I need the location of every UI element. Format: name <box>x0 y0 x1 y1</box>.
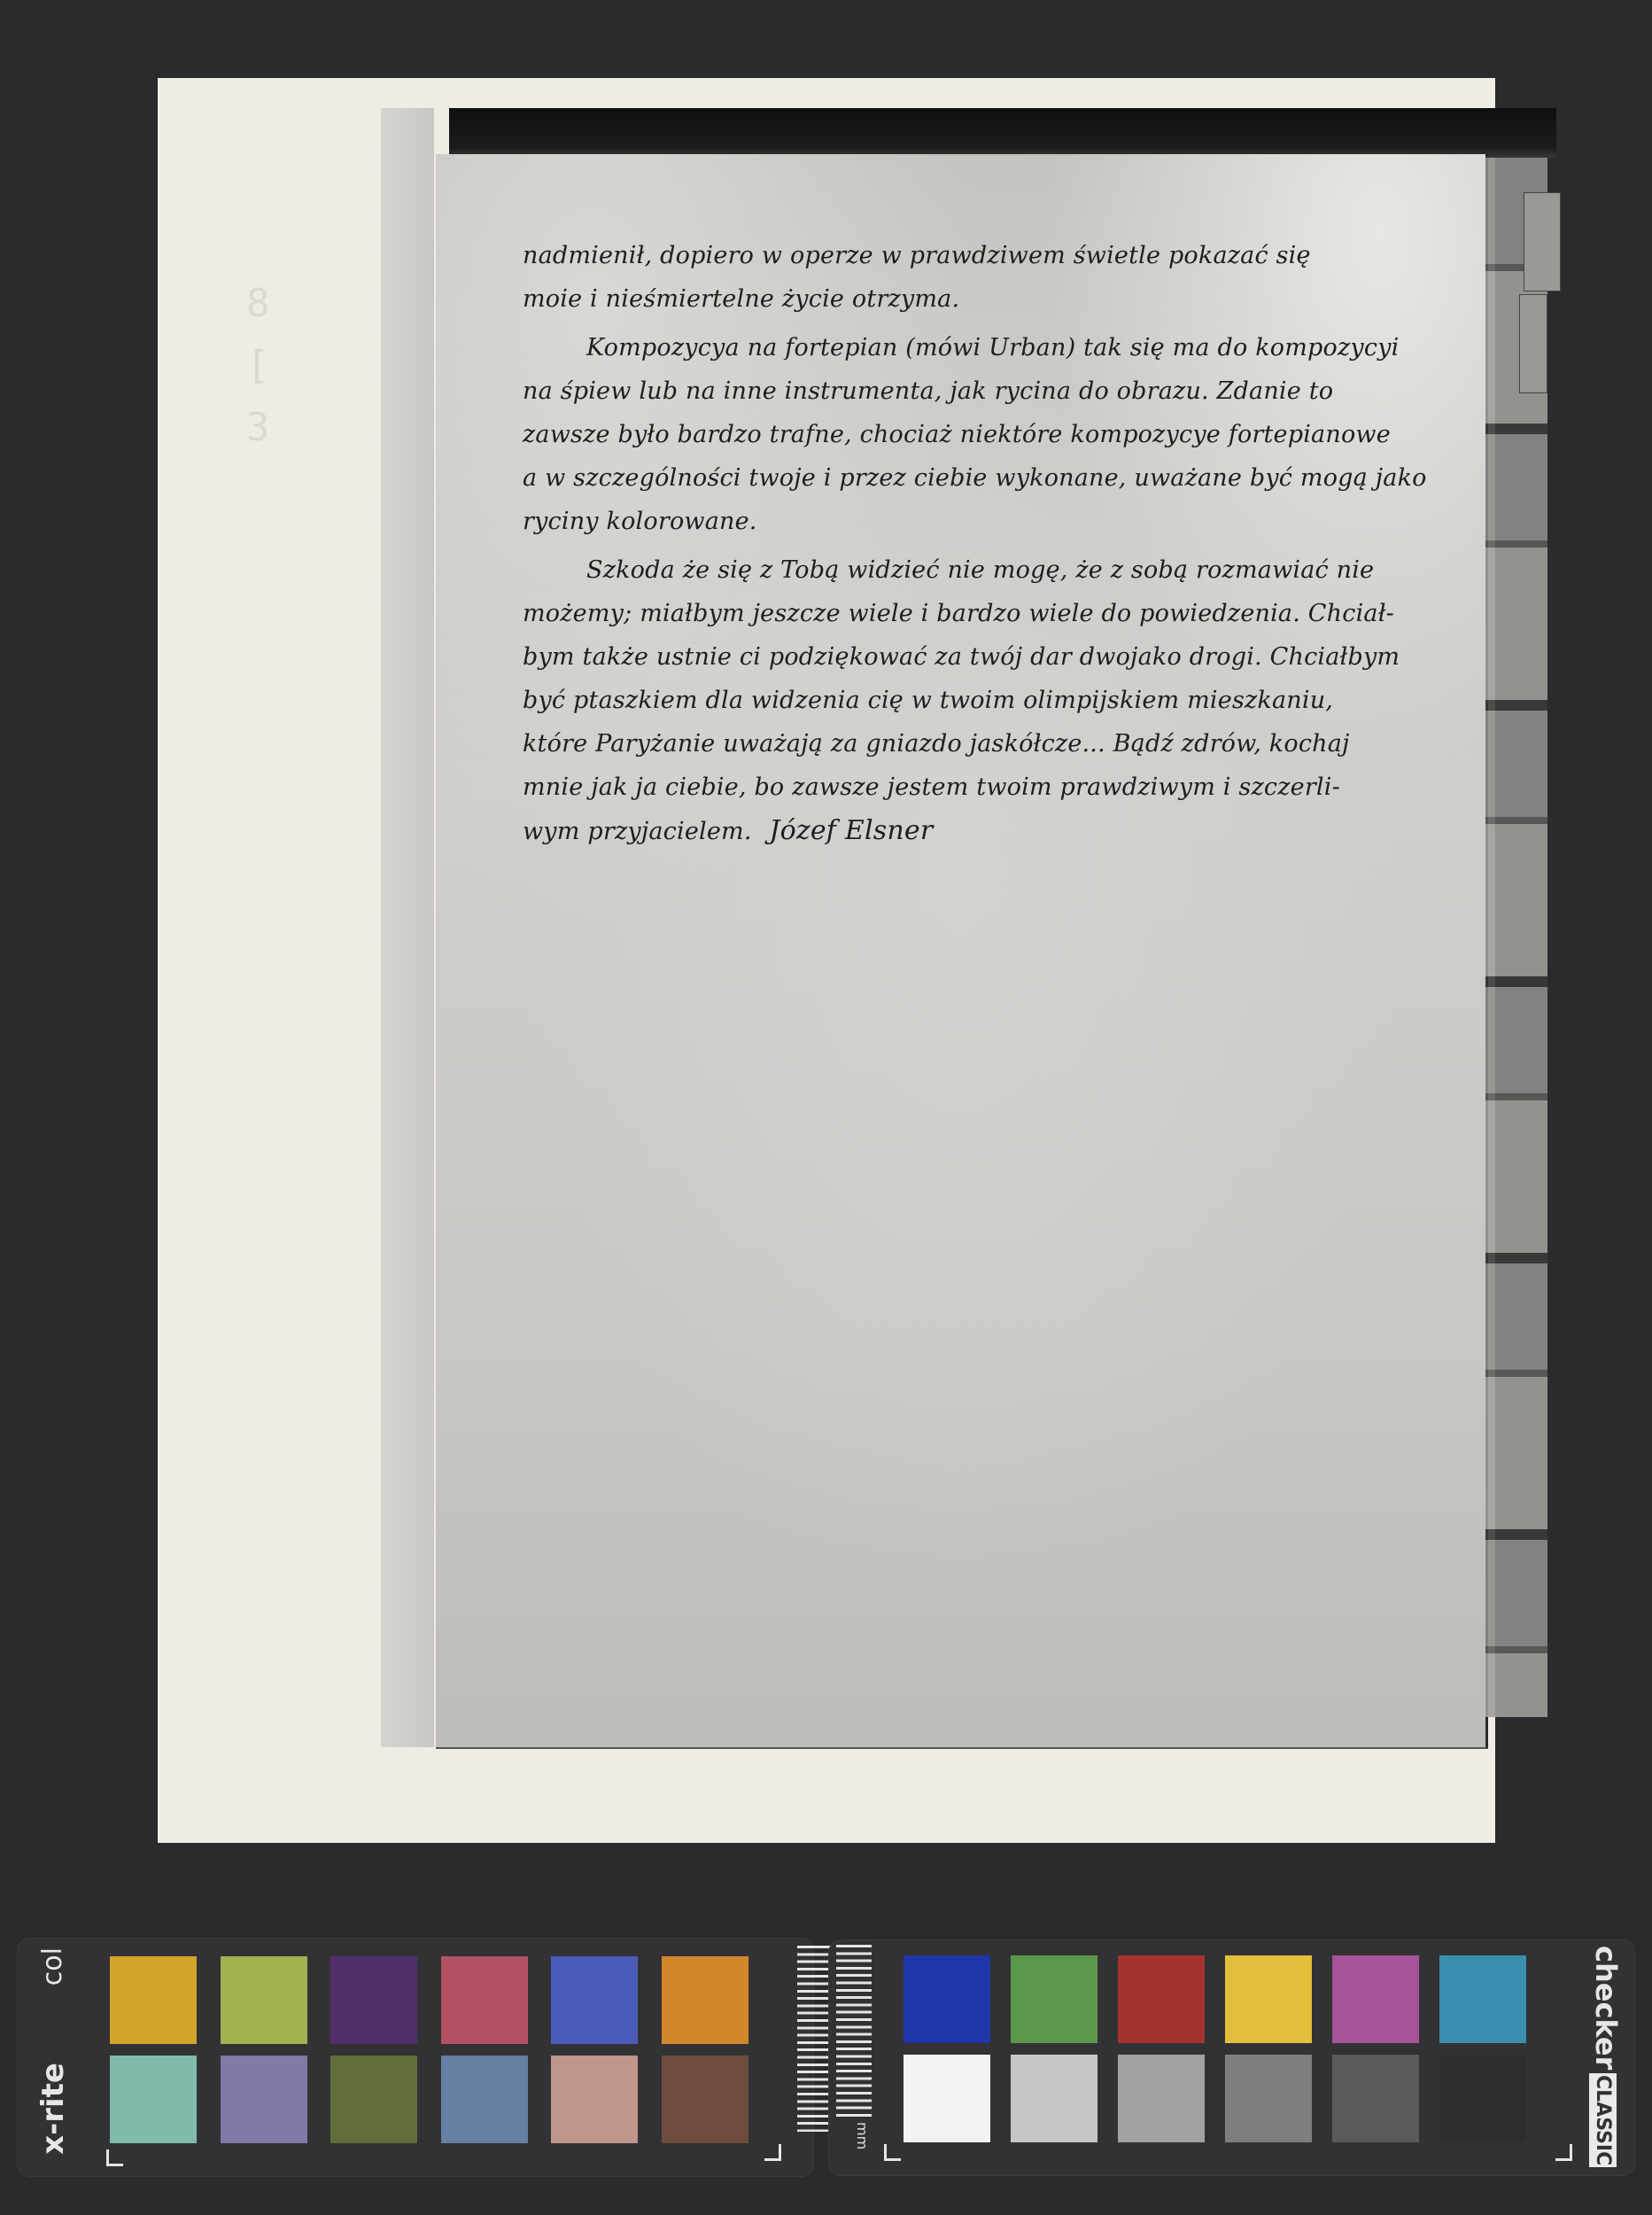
letter-line: ryciny kolorowane. <box>523 500 1497 543</box>
checker-brand: checker <box>1589 1946 1623 2070</box>
color-patch <box>110 2056 197 2143</box>
photo-print: 8 [ 3 nadmienił, dopiero w operze w praw… <box>158 78 1495 1843</box>
scale-ruler <box>836 1945 872 2118</box>
color-patch <box>1439 2055 1526 2142</box>
color-checker-right: mm checker CLASSIC <box>829 1940 1634 2175</box>
letter-line: nadmienił, dopiero w operze w prawdziwem… <box>523 234 1497 277</box>
color-patch <box>904 2055 990 2142</box>
color-patch <box>110 1956 197 2044</box>
letter-line: Szkoda że się z Tobą widzieć nie mogę, ż… <box>523 548 1497 592</box>
color-patch <box>441 2056 528 2143</box>
color-patch <box>1439 1955 1526 2043</box>
color-patch <box>1225 2055 1312 2142</box>
torn-edge <box>1524 192 1561 291</box>
card-label-col: col <box>37 1947 68 1986</box>
letter-line: być ptaszkiem dla widzenia cię w twoim o… <box>523 679 1497 722</box>
color-patch <box>662 2056 748 2143</box>
color-patch <box>1225 1955 1312 2043</box>
color-checker-left: col x-rite <box>18 1939 813 2176</box>
scale-ruler <box>797 1946 833 2132</box>
corner-mark <box>106 2149 123 2166</box>
color-patch <box>1118 2055 1205 2142</box>
color-patch <box>330 2056 417 2143</box>
letter-line: zawsze było bardzo trafne, chociaż niekt… <box>523 413 1497 456</box>
manuscript-page: nadmienił, dopiero w operze w prawdziwem… <box>436 154 1488 1749</box>
signature: Józef Elsner <box>752 815 934 846</box>
color-patch <box>221 2056 307 2143</box>
letter-line: możemy; miałbym jeszcze wiele i bardzo w… <box>523 592 1497 635</box>
color-patch <box>1118 1955 1205 2043</box>
top-shadow <box>449 108 1556 158</box>
color-patch <box>1011 1955 1097 2043</box>
corner-mark <box>884 2144 901 2161</box>
color-patch <box>551 1956 638 2044</box>
backing-sheet <box>381 108 434 1747</box>
xrite-logo: x-rite <box>35 2063 71 2155</box>
letter-line: mnie jak ja ciebie, bo zawsze jestem two… <box>523 766 1497 809</box>
letter-line: wym przyjacielem. Józef Elsner <box>523 809 1497 853</box>
manuscript-photo: nadmienił, dopiero w operze w prawdziwem… <box>381 108 1532 1774</box>
classic-badge: CLASSIC <box>1589 2073 1617 2167</box>
color-patch <box>662 1956 748 2044</box>
ruler-unit: mm <box>854 2122 871 2149</box>
letter-line: na śpiew lub na inne instrumenta, jak ry… <box>523 369 1497 413</box>
torn-edge <box>1519 294 1547 393</box>
letter-line: Kompozycya na fortepian (mówi Urban) tak… <box>523 326 1497 369</box>
color-patch <box>551 2056 638 2143</box>
letter-line: bym także ustnie ci podziękować za twój … <box>523 635 1497 679</box>
color-patch <box>904 1955 990 2043</box>
letter-line: które Paryżanie uważają za gniazdo jaskó… <box>523 722 1497 766</box>
letter-line: moie i nieśmiertelne życie otrzyma. <box>523 277 1497 321</box>
color-patch <box>1332 1955 1419 2043</box>
color-patch <box>221 1956 307 2044</box>
corner-mark <box>764 2144 781 2161</box>
color-patch <box>1332 2055 1419 2142</box>
color-patch <box>330 1956 417 2044</box>
color-patch <box>441 1956 528 2044</box>
color-patch <box>1011 2055 1097 2142</box>
letter-line: a w szczególności twoje i przez ciebie w… <box>523 456 1497 500</box>
handwritten-text: nadmienił, dopiero w operze w prawdziwem… <box>523 234 1497 853</box>
corner-mark <box>1555 2144 1572 2161</box>
